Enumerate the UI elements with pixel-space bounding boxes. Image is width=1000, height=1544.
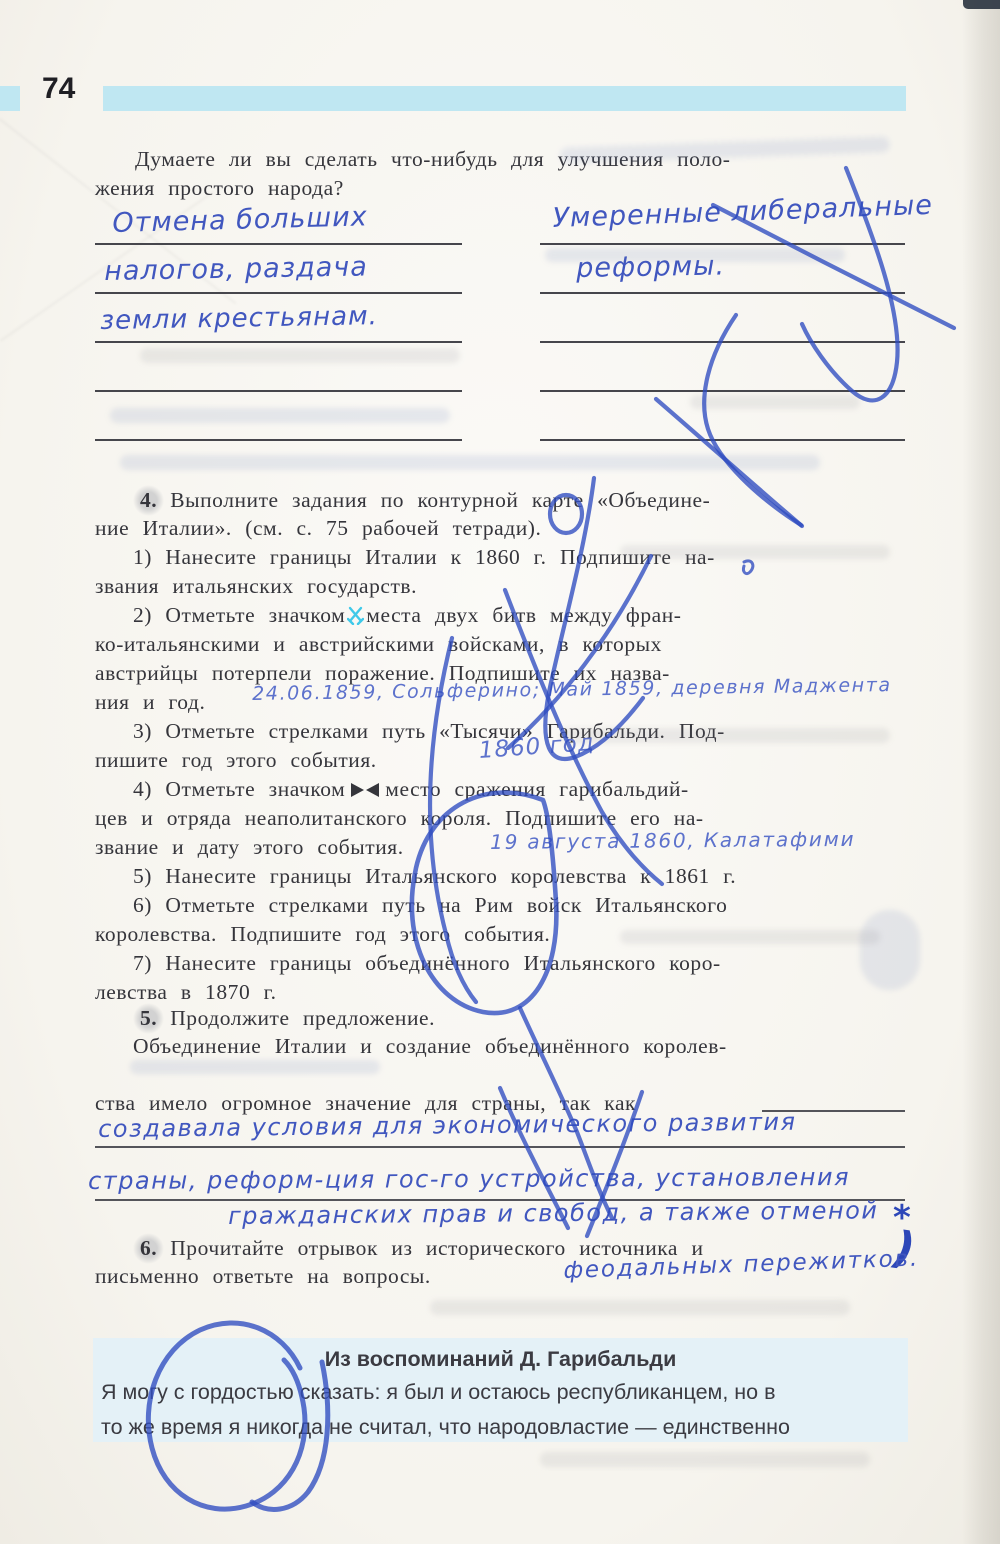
- bleed-through-artifact: [120, 455, 820, 470]
- task4-line: звания итальянских государств.: [95, 572, 417, 601]
- bleed-through-artifact: [690, 395, 860, 409]
- task4-line: 4) Отметьте значкомместо сражения гариба…: [133, 775, 689, 804]
- task4-line: 1) Нанесите границы Италии к 1860 г. Под…: [133, 543, 715, 572]
- answer-rule: [540, 439, 905, 441]
- scan-right-edge-shadow: [962, 0, 1000, 1544]
- battle-site-icon: [345, 777, 385, 801]
- task6-line: письменно ответьте на вопросы.: [95, 1262, 431, 1291]
- answer-rule: [540, 243, 905, 245]
- answer-rule: [540, 390, 905, 392]
- handwritten-answer: налогов, раздача: [104, 251, 368, 287]
- bleed-through-artifact: [130, 1060, 380, 1074]
- task5-line: 5.Продолжите предложение.: [133, 1003, 435, 1034]
- handwritten-answer: Отмена больших: [112, 201, 368, 239]
- task4-line: 3) Отметьте стрелками путь «Тысячи» Гари…: [133, 717, 725, 746]
- fill-in-rule: [95, 1146, 905, 1148]
- handwritten-answer: земли крестьянам.: [100, 301, 378, 336]
- workbook-page: 74 Думаете ли вы сделать что-нибудь для …: [0, 0, 1000, 1544]
- task4-line: ние Италии». (см. с. 75 рабочей тетради)…: [95, 514, 541, 543]
- page-number: 74: [42, 72, 75, 106]
- task5-number: 5.: [133, 1003, 164, 1034]
- task4-line: ния и год.: [95, 688, 205, 717]
- answer-rule: [540, 341, 905, 343]
- quote-line: то же время я никогда не считал, что нар…: [101, 1415, 790, 1440]
- task4-line: 2) Отметьте значкомместа двух битв между…: [133, 601, 682, 633]
- crossed-swords-icon: [347, 604, 364, 633]
- task5-line: Объединение Италии и создание объединённ…: [133, 1032, 727, 1061]
- intro-line: жения простого народа?: [95, 174, 344, 203]
- task4-line: королевства. Подпишите год этого события…: [95, 920, 550, 949]
- quote-heading: Из воспоминаний Д. Гарибальди: [93, 1347, 908, 1372]
- header-accent-bar: [103, 86, 906, 111]
- source-quote-box: Из воспоминаний Д. Гарибальди Я могу с г…: [93, 1338, 908, 1442]
- task6-number: 6.: [133, 1233, 164, 1264]
- handwritten-t5: страны, реформ-ция гос-го устройства, ус…: [88, 1163, 850, 1195]
- answer-rule: [540, 292, 905, 294]
- scan-corner-mark: [963, 0, 1000, 9]
- quote-line: Я могу с гордостью сказать: я был и оста…: [101, 1380, 776, 1405]
- handwritten-calatafimi: 19 августа 1860, Калатафими: [490, 827, 855, 854]
- task4-line: пишите год этого события.: [95, 746, 377, 775]
- bleed-through-artifact: [140, 348, 460, 363]
- task4-line: 4.Выполните задания по контурной карте «…: [133, 485, 710, 516]
- answer-rule: [95, 292, 462, 294]
- bleed-through-artifact: [430, 1300, 850, 1315]
- task4-line: 7) Нанесите границы объединённого Италья…: [133, 949, 721, 978]
- answer-rule: [95, 243, 462, 245]
- bleed-through-artifact: [860, 910, 920, 990]
- handwritten-t5: создавала условия для экономического раз…: [98, 1108, 797, 1143]
- task4-line: 5) Нанесите границы Итальянского королев…: [133, 862, 736, 891]
- answer-rule: [95, 439, 462, 441]
- bleed-through-artifact: [110, 408, 450, 423]
- task4-number: 4.: [133, 485, 164, 516]
- handwritten-t5: гражданских прав и свобод, а также отмен…: [228, 1196, 879, 1230]
- task4-line: звание и дату этого события.: [95, 833, 404, 862]
- task4-line: 6) Отметьте стрелками путь на Рим войск …: [133, 891, 727, 920]
- header-accent-strip: [0, 86, 20, 111]
- bleed-through-artifact: [620, 930, 880, 944]
- answer-rule: [95, 390, 462, 392]
- intro-line: Думаете ли вы сделать что-нибудь для улу…: [135, 145, 730, 174]
- answer-rule: [95, 341, 462, 343]
- task4-line: ко-итальянскими и австрийскими войсками,…: [95, 630, 662, 659]
- bleed-through-artifact: [540, 1452, 870, 1467]
- handwritten-answer: реформы.: [576, 250, 725, 284]
- handwritten-answer: Умеренные либеральные: [552, 190, 933, 234]
